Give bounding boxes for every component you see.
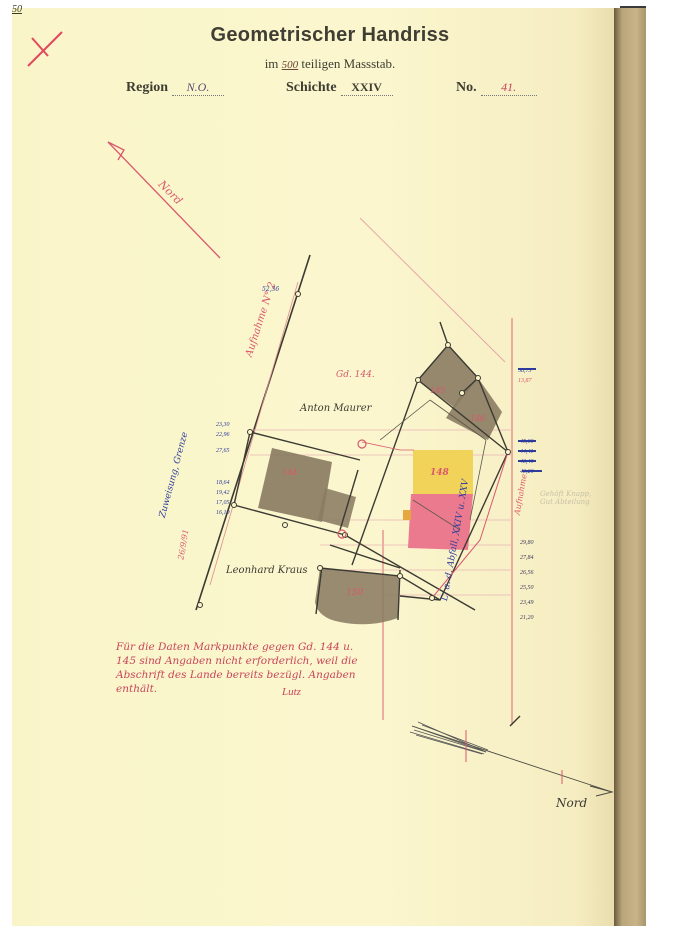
measurements-right-low: 29,80 27,84 26,56 25,50 23,49 21,20 xyxy=(520,536,534,626)
measurement: 23,49 xyxy=(520,596,534,611)
measurement: 29,80 xyxy=(520,536,534,551)
measurement: 13,87 xyxy=(518,376,532,386)
survey-sketch-map xyxy=(0,0,676,929)
measurement: 58,73 xyxy=(518,366,532,376)
note-signature: Lutz xyxy=(282,686,301,698)
measurement: 19,42 xyxy=(216,488,230,498)
correction-note: Für die Daten Markpunkte gegen Gd. 144 u… xyxy=(116,640,376,696)
measurement: 22,96 xyxy=(216,430,230,440)
measurement: 18,64 xyxy=(216,478,230,488)
measurement: 44,41 xyxy=(520,447,534,457)
parcel-146-number: 146 xyxy=(470,414,485,423)
measurement: 26,56 xyxy=(520,566,534,581)
measurement: 43,40 xyxy=(520,457,534,467)
parcel-ref-label: Gd. 144. xyxy=(336,370,375,380)
measurement: 16,10 xyxy=(216,508,230,518)
measurement: 43,26 xyxy=(520,467,534,477)
bottom-north-label: Nord xyxy=(556,796,587,810)
owner-left-label: Leonhard Kraus xyxy=(226,565,308,576)
owner-top-label: Anton Maurer xyxy=(300,403,371,414)
parcel-150-number: 150 xyxy=(346,588,363,598)
faint-right-label: Gehöft Knapp, Gut Abteilung xyxy=(540,490,600,506)
measurement: 17,05 xyxy=(216,498,230,508)
measurement: 23,30 xyxy=(216,420,230,430)
bottom-north-arrow-icon xyxy=(410,722,612,796)
parcel-148-number: 148 xyxy=(430,468,449,478)
measurements-left: 23,30 22,96 27,65 18,64 19,42 17,05 16,1… xyxy=(216,420,230,518)
parcel-145-number: 145 xyxy=(430,386,445,395)
measurement-top: 52,36 xyxy=(262,286,279,293)
measurement: 27,84 xyxy=(520,551,534,566)
north-arrow-icon xyxy=(108,142,220,258)
measurements-right: 58,73 13,87 xyxy=(518,366,532,386)
measurement: 45,00 xyxy=(520,437,534,447)
measurement: 27,65 xyxy=(216,446,230,456)
measurement: 25,50 xyxy=(520,581,534,596)
measurements-right-mid: 45,00 44,41 43,40 43,26 xyxy=(520,437,534,477)
measurement: 21,20 xyxy=(520,611,534,626)
parcel-144-number: 144 xyxy=(282,468,297,477)
